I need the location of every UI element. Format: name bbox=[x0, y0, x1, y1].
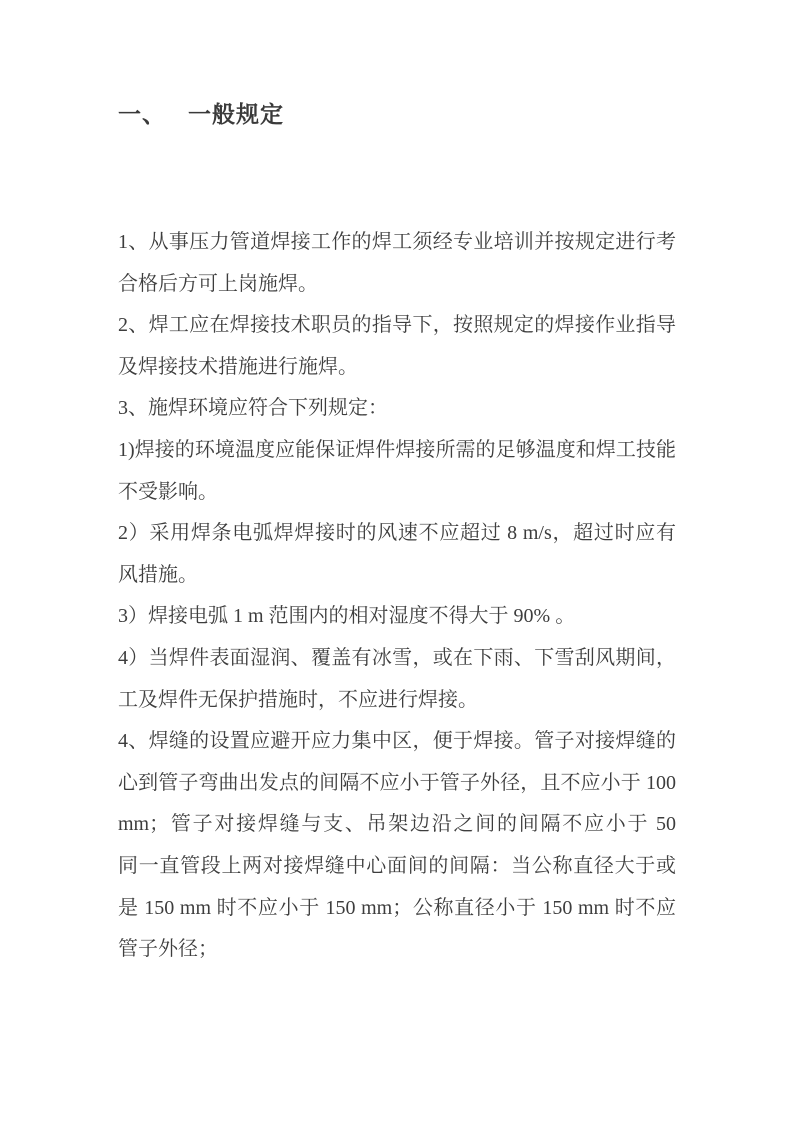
text-line: 风措施。 bbox=[118, 555, 676, 597]
text-line: 1)焊接的环境温度应能保证焊件焊接所需的足够温度和焊工技能 bbox=[118, 430, 676, 472]
heading-title: 一般规定 bbox=[188, 102, 284, 127]
text-line: 4、焊缝的设置应避开应力集中区，便于焊接。管子对接焊缝的中 bbox=[118, 721, 676, 763]
text-line: 3）焊接电弧 1 m 范围内的相对湿度不得大于 90% 。 bbox=[118, 596, 676, 638]
text-line: 管子外径； bbox=[118, 929, 676, 971]
text-line: 心到管子弯曲出发点的间隔不应小于管子外径，且不应小于 100 bbox=[118, 763, 676, 805]
text-line: 2）采用焊条电弧焊焊接时的风速不应超过 8 m/s，超过时应有防 bbox=[118, 513, 676, 555]
heading-number: 一、 bbox=[118, 102, 166, 127]
text-line: 4）当焊件表面湿润、覆盖有冰雪，或在下雨、下雪刮风期间，焊 bbox=[118, 638, 676, 680]
document-body: 1、从事压力管道焊接工作的焊工须经专业培训并按规定进行考试，合格后方可上岗施焊。… bbox=[118, 222, 676, 971]
text-line: mm；管子对接焊缝与支、吊架边沿之间的间隔不应小于 50 mm。 bbox=[118, 804, 676, 846]
text-line: 不受影响。 bbox=[118, 472, 676, 514]
text-line: 2、焊工应在焊接技术职员的指导下，按照规定的焊接作业指导书 bbox=[118, 305, 676, 347]
section-heading: 一、一般规定 bbox=[118, 96, 284, 129]
text-line: 3、施焊环境应符合下列规定： bbox=[118, 388, 676, 430]
text-line: 是 150 mm 时不应小于 150 mm；公称直径小于 150 mm 时不应小… bbox=[118, 888, 676, 930]
text-line: 合格后方可上岗施焊。 bbox=[118, 264, 676, 306]
text-line: 同一直管段上两对接焊缝中心面间的间隔：当公称直径大于或即 bbox=[118, 846, 676, 888]
text-line: 工及焊件无保护措施时，不应进行焊接。 bbox=[118, 680, 676, 722]
document-page: 一、一般规定 1、从事压力管道焊接工作的焊工须经专业培训并按规定进行考试，合格后… bbox=[0, 0, 793, 1122]
text-line: 1、从事压力管道焊接工作的焊工须经专业培训并按规定进行考试， bbox=[118, 222, 676, 264]
text-line: 及焊接技术措施进行施焊。 bbox=[118, 347, 676, 389]
